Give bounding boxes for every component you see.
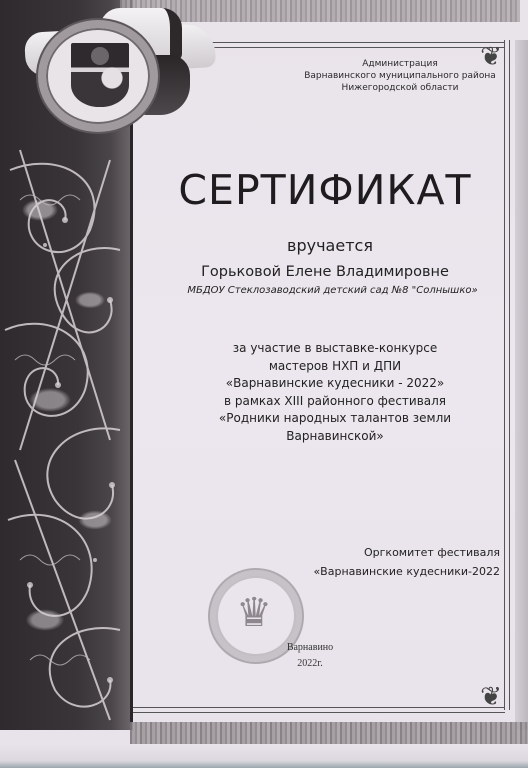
organizing-committee: Оргкомитет фестиваля «Варнавинские кудес…: [280, 543, 500, 581]
recipient-name: Горьковой Елене Владимировне: [140, 264, 510, 280]
reason-line: в рамках XIII районного фестиваля: [170, 393, 500, 411]
reason-line: за участие в выставке-конкурсе: [170, 340, 500, 358]
place-date: Варнавино 2022г.: [260, 640, 360, 672]
awarded-label: вручается: [160, 236, 500, 255]
issuer-block: Администрация Варнавинского муниципально…: [300, 58, 500, 94]
year: 2022г.: [260, 656, 360, 672]
committee-line: «Варнавинские кудесники-2022: [280, 562, 500, 581]
issuer-line: Варнавинского муниципального района: [300, 70, 500, 82]
reason-line: мастеров НХП и ДПИ: [170, 358, 500, 376]
issuer-line: Нижегородской области: [300, 82, 500, 94]
page-edge: [0, 744, 528, 768]
issuer-line: Администрация: [300, 58, 500, 70]
award-reason: за участие в выставке-конкурсе мастеров …: [170, 340, 500, 445]
frame-bottom-line: [133, 707, 505, 713]
bottom-texture-strip: [130, 722, 528, 744]
certificate-title: СЕРТИФИКАТ: [160, 166, 490, 214]
reason-line: Варнавинской»: [170, 428, 500, 446]
right-edge-shadow: [515, 40, 528, 730]
double-headed-eagle-icon: ♛: [230, 588, 278, 638]
coat-of-arms-icon: [71, 43, 129, 107]
reason-line: «Родники народных талантов земли: [170, 410, 500, 428]
place: Варнавино: [260, 640, 360, 656]
certificate-sheet: ❦ ❦ Администрация Варнавинского муниципа…: [0, 0, 528, 768]
reason-line: «Варнавинские кудесники - 2022»: [170, 375, 500, 393]
committee-line: Оргкомитет фестиваля: [280, 543, 500, 562]
frame-top-line: [180, 42, 505, 48]
recipient-organization: МБДОУ Стеклозаводский детский сад №8 "Со…: [150, 285, 515, 296]
frame-right-line: [504, 40, 510, 710]
corner-ornament-icon: ❦: [474, 680, 508, 714]
